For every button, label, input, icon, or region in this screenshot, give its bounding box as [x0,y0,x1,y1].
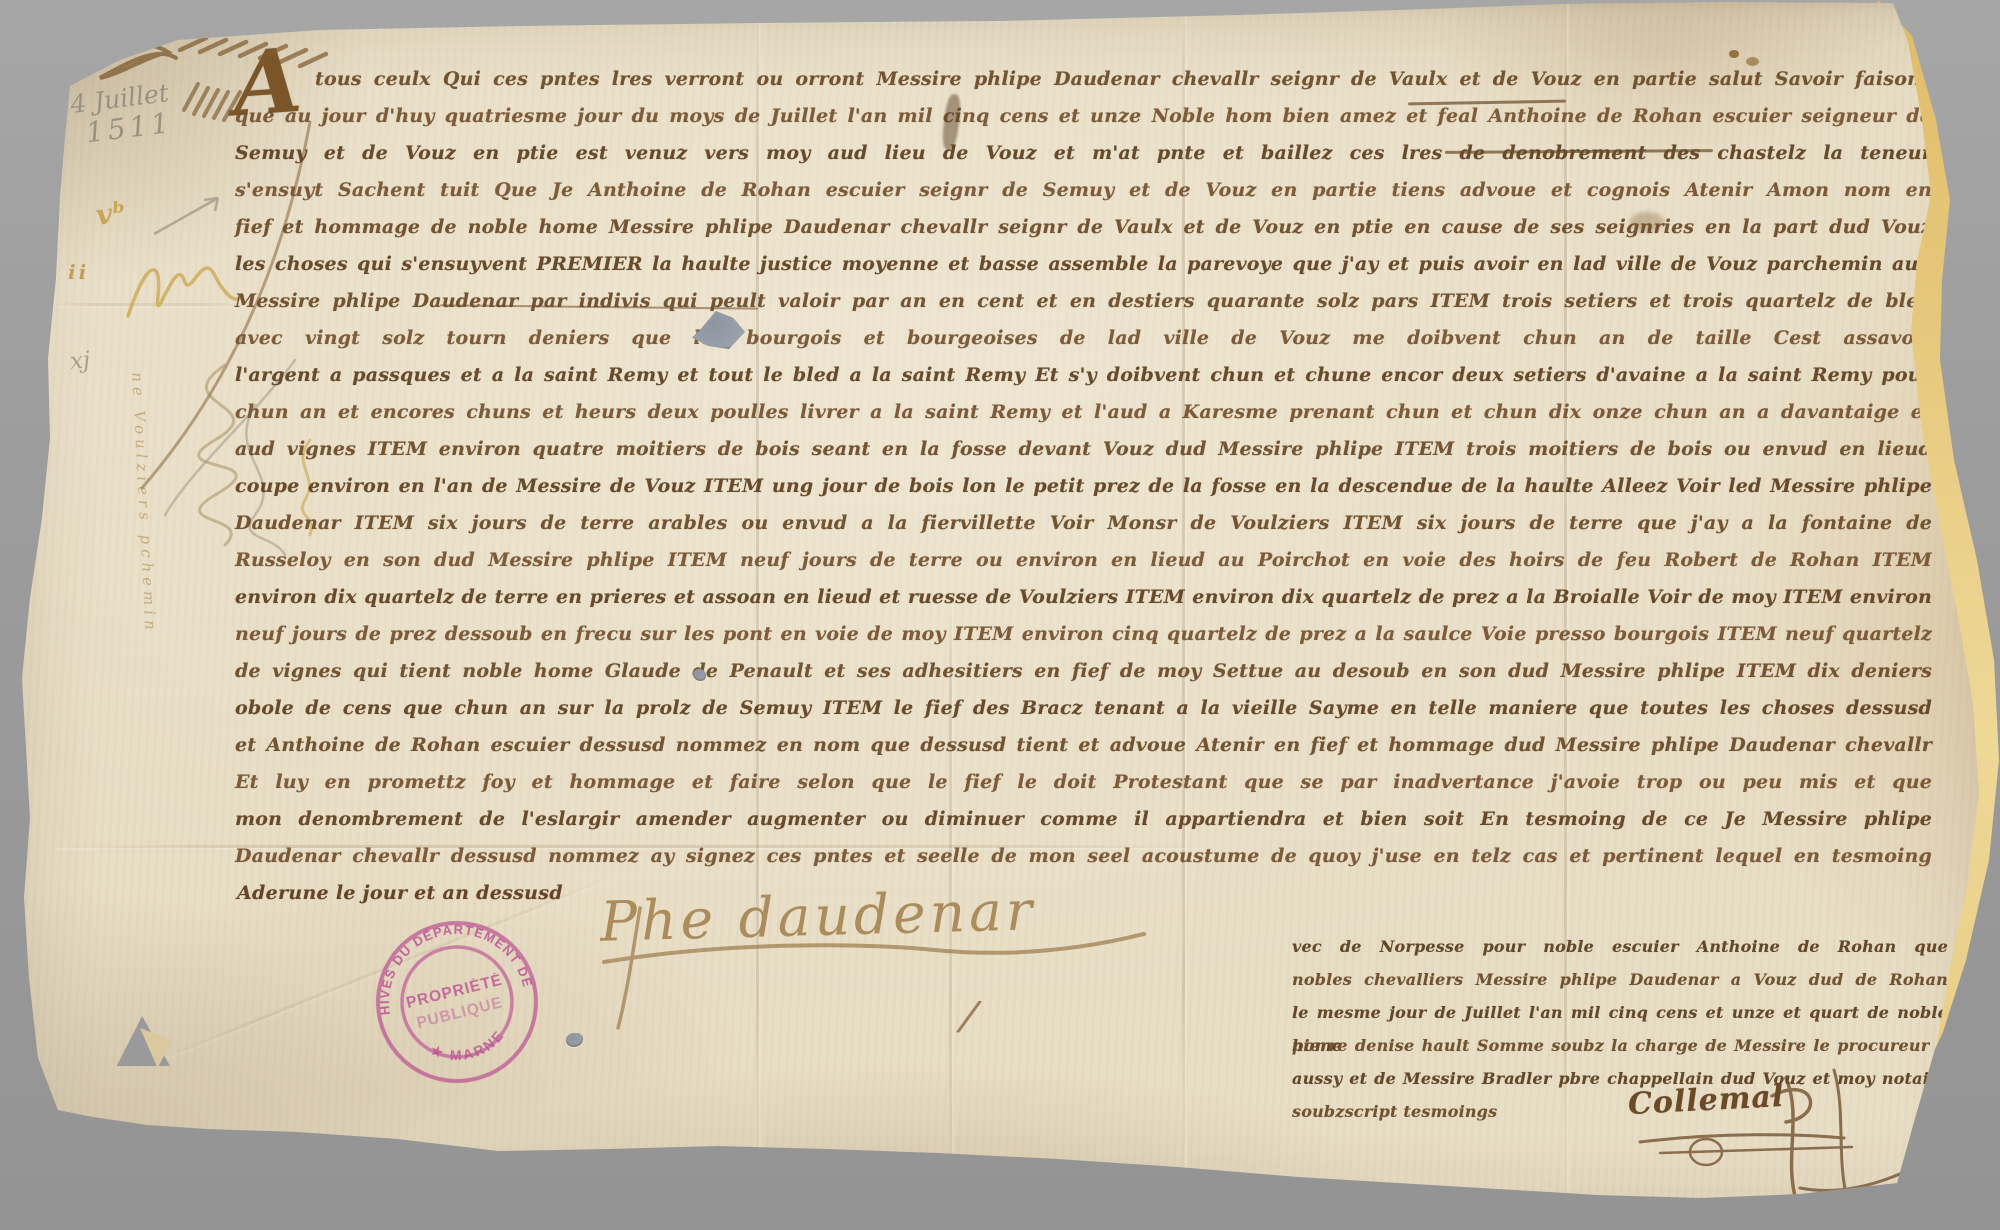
subscription-line: nobles chevalliers Messire phlipe Dauden… [1292,963,1948,996]
paraph-slash-mark: / [959,994,980,1038]
manuscript-line: aud vignes ITEM environ quatre moitiers … [235,431,1932,468]
pencil-date-note: 4 Juillet 1511 [69,78,175,150]
archival-photo-scene: A 4 Juillet 1511 vᵇ ii xj [0,0,2000,1230]
manuscript-line: chun an et encores chuns et heurs deux p… [235,394,1932,431]
manuscript-line: obole de cens que chun an sur la prolz d… [235,690,1932,727]
manuscript-line: Daudenar ITEM six jours de terre arables… [235,505,1932,542]
svg-text:★ MARNE: ★ MARNE [425,1024,511,1071]
subscription-line: vec de Norpesse pour noble escuier Antho… [1292,930,1948,963]
manuscript-line: environ dix quartelz de terre en prieres… [235,579,1932,616]
stamp-ring-text-bottom: ★ MARNE [425,1024,511,1071]
parchment-hole [693,669,706,681]
margin-vertical-note: ne Voulziers pchemin [128,372,166,752]
manuscript-line: fief et hommage de noble home Messire ph… [235,209,1932,246]
shelf-mark-ii: ii [68,262,89,282]
manuscript-line: Messire phlipe Daudenar par indivis qui … [235,283,1932,320]
subscription-line: soubzscript tesmoings [1292,1095,1948,1128]
fold-crease-horizontal [58,303,248,306]
pencil-arrow-mark [148,190,228,240]
ink-stain [1729,50,1739,58]
manuscript-line: de vignes qui tient noble home Glaude de… [235,653,1932,690]
manuscript-text-block: tous ceulx Qui ces pntes lres verront ou… [235,61,1932,875]
manuscript-line: s'ensuyt Sachent tuit Que Je Anthoine de… [235,172,1932,209]
parchment-charter: A 4 Juillet 1511 vᵇ ii xj [0,0,2000,1230]
shelf-mark-xj: xj [69,349,91,374]
manuscript-line: Daudenar chevallr dessusd nommez ay sign… [235,838,1932,875]
yellow-ink-flourish [118,246,248,336]
manuscript-line: avec vingt solz tourn deniers que les bo… [235,320,1932,357]
notarial-subscription-block: vec de Norpesse pour noble escuier Antho… [1292,930,1948,1128]
subscription-line: le mesme jour de Juillet l'an mil cinq c… [1292,996,1948,1029]
manuscript-line: Semuy et de Vouz en ptie est venuz vers … [235,135,1932,172]
manuscript-line: Et luy en promettz foy et hommage et fai… [235,764,1932,801]
manuscript-line: mon denombrement de l'eslargir amender a… [235,801,1932,838]
manuscript-line: les choses qui s'ensuyvent PREMIER la ha… [235,246,1932,283]
pencil-date-year: 1511 [84,108,174,148]
manuscript-line: que au jour d'huy quatriesme jour du moy… [235,98,1932,135]
signature-philippe-daudenar: Phe daudenar [599,880,1037,951]
subscription-line: aussy et de Messire Bradler pbre chappel… [1292,1062,1948,1095]
manuscript-line: et Anthoine de Rohan escuier dessusd nom… [235,727,1932,764]
manuscript-line: tous ceulx Qui ces pntes lres verront ou… [235,61,1932,98]
shelf-mark-vb: vᵇ [94,198,128,230]
manuscript-line: l'argent a passques et a la saint Remy e… [235,357,1932,394]
archive-stamp: ARCHIVES DU DÉPARTEMENT DE LA ★ MARNE PR… [336,881,578,1123]
manuscript-line: neuf jours de prez dessoub en frecu sur … [235,616,1932,653]
manuscript-line: coupe environ en l'an de Messire de Vouz… [235,468,1932,505]
parchment-hole [566,1033,583,1047]
manuscript-line: Russeloy en son dud Messire phlipe ITEM … [235,542,1932,579]
subscription-line: pierre denise hault Somme soubz la charg… [1292,1029,1948,1062]
